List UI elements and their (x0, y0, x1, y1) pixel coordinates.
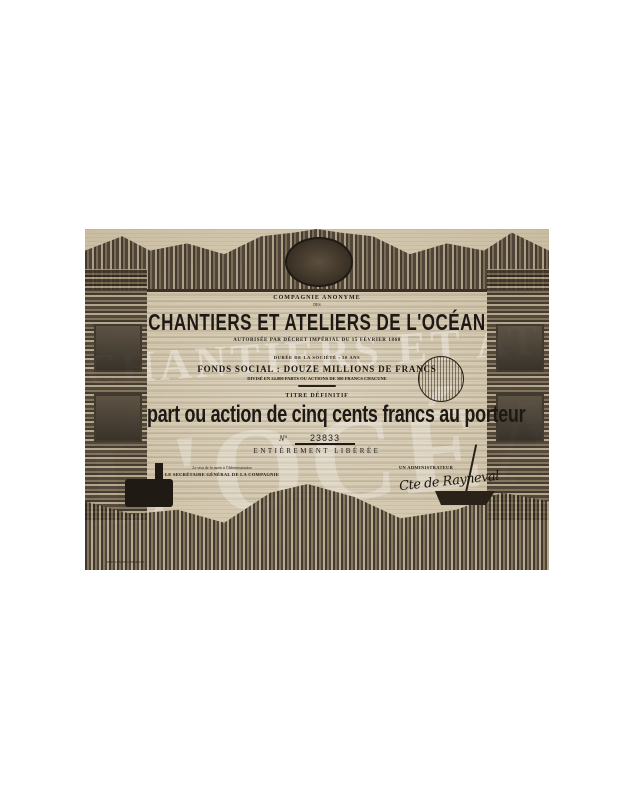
locomotive-icon (125, 479, 173, 507)
forge-vignette-icon (496, 324, 544, 372)
share-certificate: CHANTIERS ET ATELIERS L'OCÉAN COMPAGNIE … (85, 229, 549, 570)
number-prefix: Nº (279, 434, 287, 443)
shipyard-vignette-icon (94, 324, 142, 372)
authorization-decree: AUTORISÉE PAR DÉCRET IMPÉRIAL DU 15 FÉVR… (147, 338, 487, 343)
divider-ornament (298, 385, 336, 387)
certificate-number: 23833 (295, 433, 355, 445)
fully-paid-label: ENTIÈREMENT LIBÉRÉE (147, 447, 487, 455)
steamship-icon (435, 491, 495, 505)
company-name: CHANTIERS ET ATELIERS DE L'OCÉAN (147, 310, 487, 337)
top-rule (147, 289, 487, 292)
company-type: COMPAGNIE ANONYME (147, 295, 487, 301)
printer-credit: IMP. LEMERCIER & CIE (107, 560, 145, 564)
secretary-role: LE SECRÉTAIRE GÉNÉRAL DE LA COMPAGNIE (165, 472, 279, 477)
certificate-number-row: Nº 23833 (147, 433, 487, 445)
share-title: part ou action de cinq cents francs au p… (147, 400, 487, 428)
tax-stamp-icon (418, 356, 464, 402)
visa-note: Le visa de la main à l'Administration (165, 465, 279, 470)
signature-block-right: UN ADMINISTRATEUR Cte de Rayneval (399, 465, 499, 489)
company-connector: DES (147, 302, 487, 307)
signature-block-left: Le visa de la main à l'Administration LE… (165, 465, 279, 477)
workshop-vignette-icon (94, 394, 142, 442)
ship-medallion-icon (285, 237, 353, 287)
